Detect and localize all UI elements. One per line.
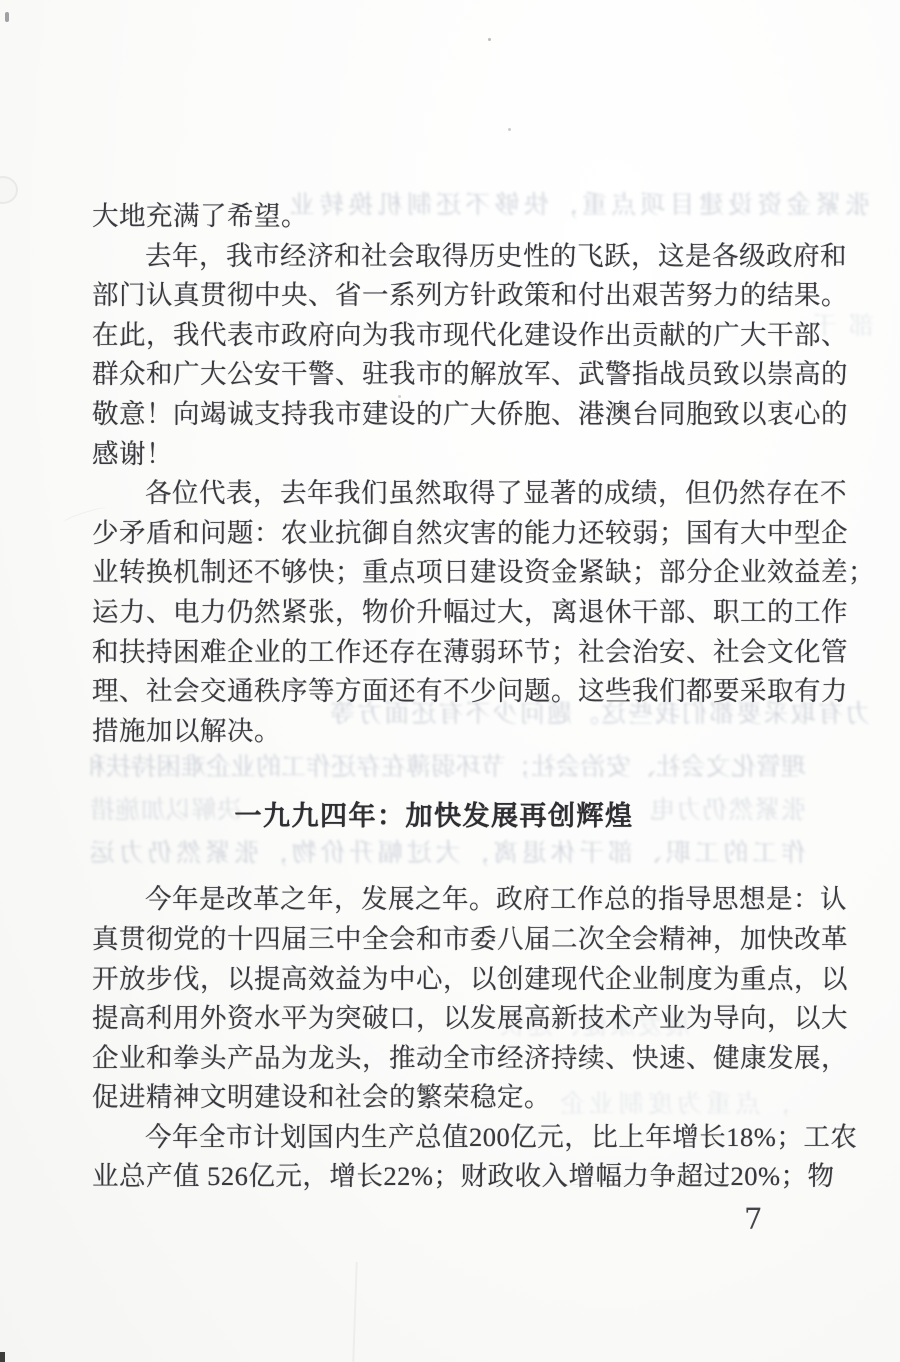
- body-line: 部门认真贯彻中央、省一系列方针政策和付出艰苦努力的结果。: [92, 276, 810, 316]
- document-body: 大地充满了希望。 去年，我市经济和社会取得历史性的飞跃，这是各级政府和 部门认真…: [92, 197, 810, 1197]
- page-number: 7: [744, 1202, 762, 1236]
- body-line: 各位代表，去年我们虽然取得了显著的成绩，但仍然存在不: [92, 474, 810, 514]
- body-line: 和扶持困难企业的工作还存在薄弱环节；社会治安、社会文化管: [92, 633, 810, 673]
- body-line: 业总产值 526亿元，增长22%；财政收入增幅力争超过20%；物: [92, 1157, 810, 1197]
- body-line: 少矛盾和问题：农业抗御自然灾害的能力还较弱；国有大中型企: [92, 514, 810, 554]
- body-line: 敬意！向竭诚支持我市建设的广大侨胞、港澳台同胞致以衷心的: [92, 395, 810, 435]
- body-line: 运力、电力仍然紧张，物价升幅过大，离退休干部、职工的工作: [92, 593, 810, 633]
- body-line: 感谢！: [92, 435, 810, 475]
- body-line: 群众和广大公安干警、驻我市的解放军、武警指战员致以崇高的: [92, 355, 810, 395]
- body-line: 在此，我代表市政府向为我市现代化建设作出贡献的广大干部、: [92, 316, 810, 356]
- scan-crease: [352, 1262, 357, 1362]
- body-line: 业转换机制还不够快；重点项日建设资金紧缺；部分企业效益差；: [92, 553, 810, 593]
- body-line: 去年，我市经济和社会取得历史性的飞跃，这是各级政府和: [92, 237, 810, 277]
- scanned-page: 张紧金资设建目项点重，快够不还制机换转业 部干 力有取采要都们我些这。题问少不有…: [0, 0, 900, 1362]
- body-line: 企业和拳头产品为龙头，推动全市经济持续、快速、健康发展，: [92, 1039, 810, 1079]
- scan-notch: [0, 1352, 5, 1362]
- body-line: 今年是改革之年，发展之年。政府工作总的指导思想是：认: [92, 880, 810, 920]
- body-line: 提高利用外资水平为突破口，以发展高新技术产业为导向，以大: [92, 999, 810, 1039]
- body-line: 措施加以解决。: [92, 712, 810, 752]
- body-line: 大地充满了希望。: [92, 197, 810, 237]
- section-heading: 一九九四年：加快发展再创辉煌: [75, 796, 793, 837]
- scan-speck: [488, 38, 491, 41]
- scan-scratch: [560, 1183, 650, 1192]
- body-line: 促进精神文明建设和社会的繁荣稳定。: [92, 1078, 810, 1118]
- scan-smudge: [0, 176, 18, 204]
- body-line: 理、社会交通秩序等方面还有不少问题。这些我们都要采取有力: [92, 672, 810, 712]
- scan-speck: [398, 395, 401, 398]
- scan-speck: [5, 12, 9, 22]
- body-line: 真贯彻党的十四届三中全会和市委八届二次全会精神，加快改革: [92, 920, 810, 960]
- body-line: 开放步伐，以提高效益为中心，以创建现代企业制度为重点，以: [92, 960, 810, 1000]
- scan-speck: [508, 128, 511, 131]
- body-line: 今年全市计划国内生产总值200亿元，比上年增长18%；工农: [92, 1118, 810, 1158]
